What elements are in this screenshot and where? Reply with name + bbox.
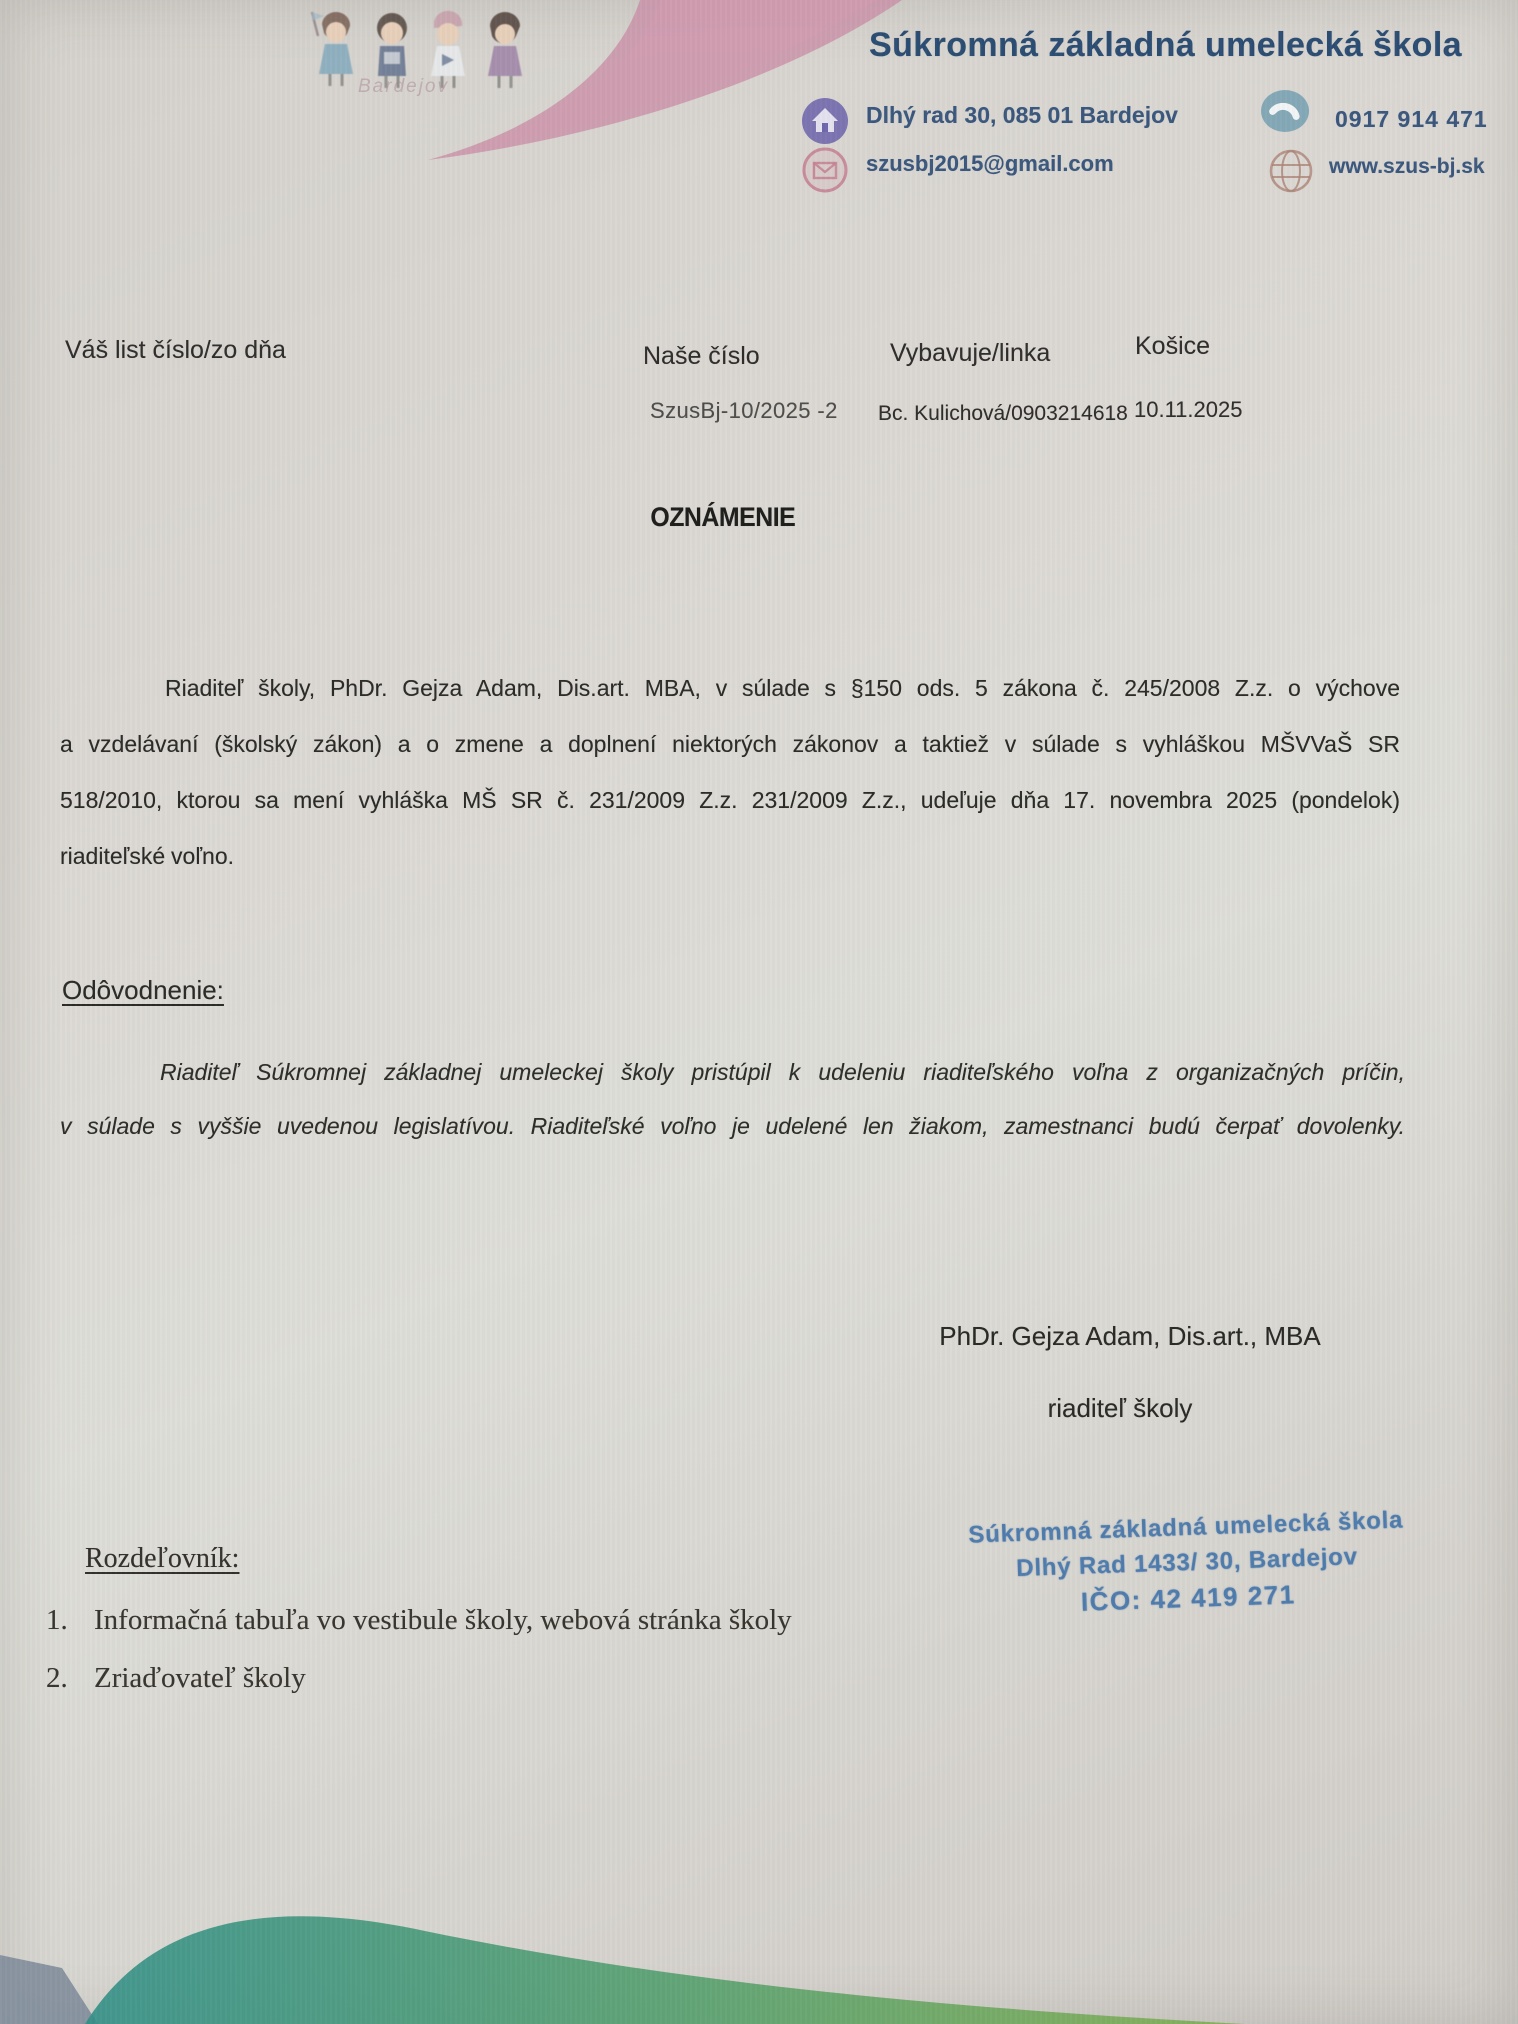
body-line: a vzdelávaní (školský zákon) a o zmene a… [60, 716, 1400, 772]
date-value: 10.11.2025 [1134, 397, 1242, 423]
school-phone: 0917 914 471 [1335, 106, 1488, 133]
logo-caption: Bardejov [358, 76, 449, 98]
body-line: Riaditeľ školy, PhDr. Gejza Adam, Dis.ar… [60, 660, 1400, 716]
school-address: Dlhý rad 30, 085 01 Bardejov [866, 102, 1178, 129]
school-name: Súkromná základná umelecká škola [700, 26, 1462, 65]
document-title: OZNÁMENIE [640, 502, 806, 533]
body-paragraph: Riaditeľ školy, PhDr. Gejza Adam, Dis.ar… [60, 660, 1400, 884]
signature-role: riaditeľ školy [920, 1393, 1320, 1424]
distribution-item-number: 2. [46, 1662, 94, 1695]
email-icon [801, 146, 849, 194]
signature-name: PhDr. Gejza Adam, Dis.art., MBA [920, 1321, 1340, 1352]
phone-icon [1260, 88, 1310, 134]
justification-line: v súlade s vyššie uvedenou legislatívou.… [60, 1099, 1405, 1153]
justification-heading: Odôvodnenie: [62, 975, 224, 1006]
scanned-letter-page: Bardejov Súkromná základná umelecká škol… [0, 0, 1518, 2024]
distribution-item-number: 1. [46, 1604, 94, 1637]
justification-line: Riaditeľ Súkromnej základnej umeleckej š… [60, 1045, 1405, 1099]
body-line: riaditeľské voľno. [60, 828, 1400, 884]
distribution-item-label: Zriaďovateľ školy [94, 1662, 306, 1694]
our-ref-label: Naše číslo [643, 342, 760, 371]
home-icon [800, 96, 850, 146]
justification-paragraph: Riaditeľ Súkromnej základnej umeleckej š… [60, 1045, 1405, 1153]
bottom-swoosh-decoration [0, 1880, 1518, 2024]
handler-label: Vybavuje/linka [890, 339, 1050, 368]
your-ref-label: Váš list číslo/zo dňa [65, 336, 286, 365]
place-label: Košice [1135, 332, 1210, 361]
school-website: www.szus-bj.sk [1329, 155, 1485, 179]
school-email: szusbj2015@gmail.com [866, 151, 1114, 177]
handler-value: Bc. Kulichová/0903214618 [878, 402, 1128, 426]
distribution-item-label: Informačná tabuľa vo vestibule školy, we… [94, 1604, 792, 1636]
our-ref-value: SzusBj-10/2025 -2 [650, 398, 838, 424]
globe-icon [1267, 147, 1315, 195]
distribution-item: 2.Zriaďovateľ školy [46, 1662, 946, 1695]
distribution-item: 1.Informačná tabuľa vo vestibule školy, … [46, 1604, 946, 1637]
school-stamp: Súkromná základná umelecká škola Dlhý Ra… [950, 1502, 1423, 1625]
distribution-heading: Rozdeľovník: [85, 1543, 239, 1575]
body-line: 518/2010, ktorou sa mení vyhláška MŠ SR … [60, 772, 1400, 828]
